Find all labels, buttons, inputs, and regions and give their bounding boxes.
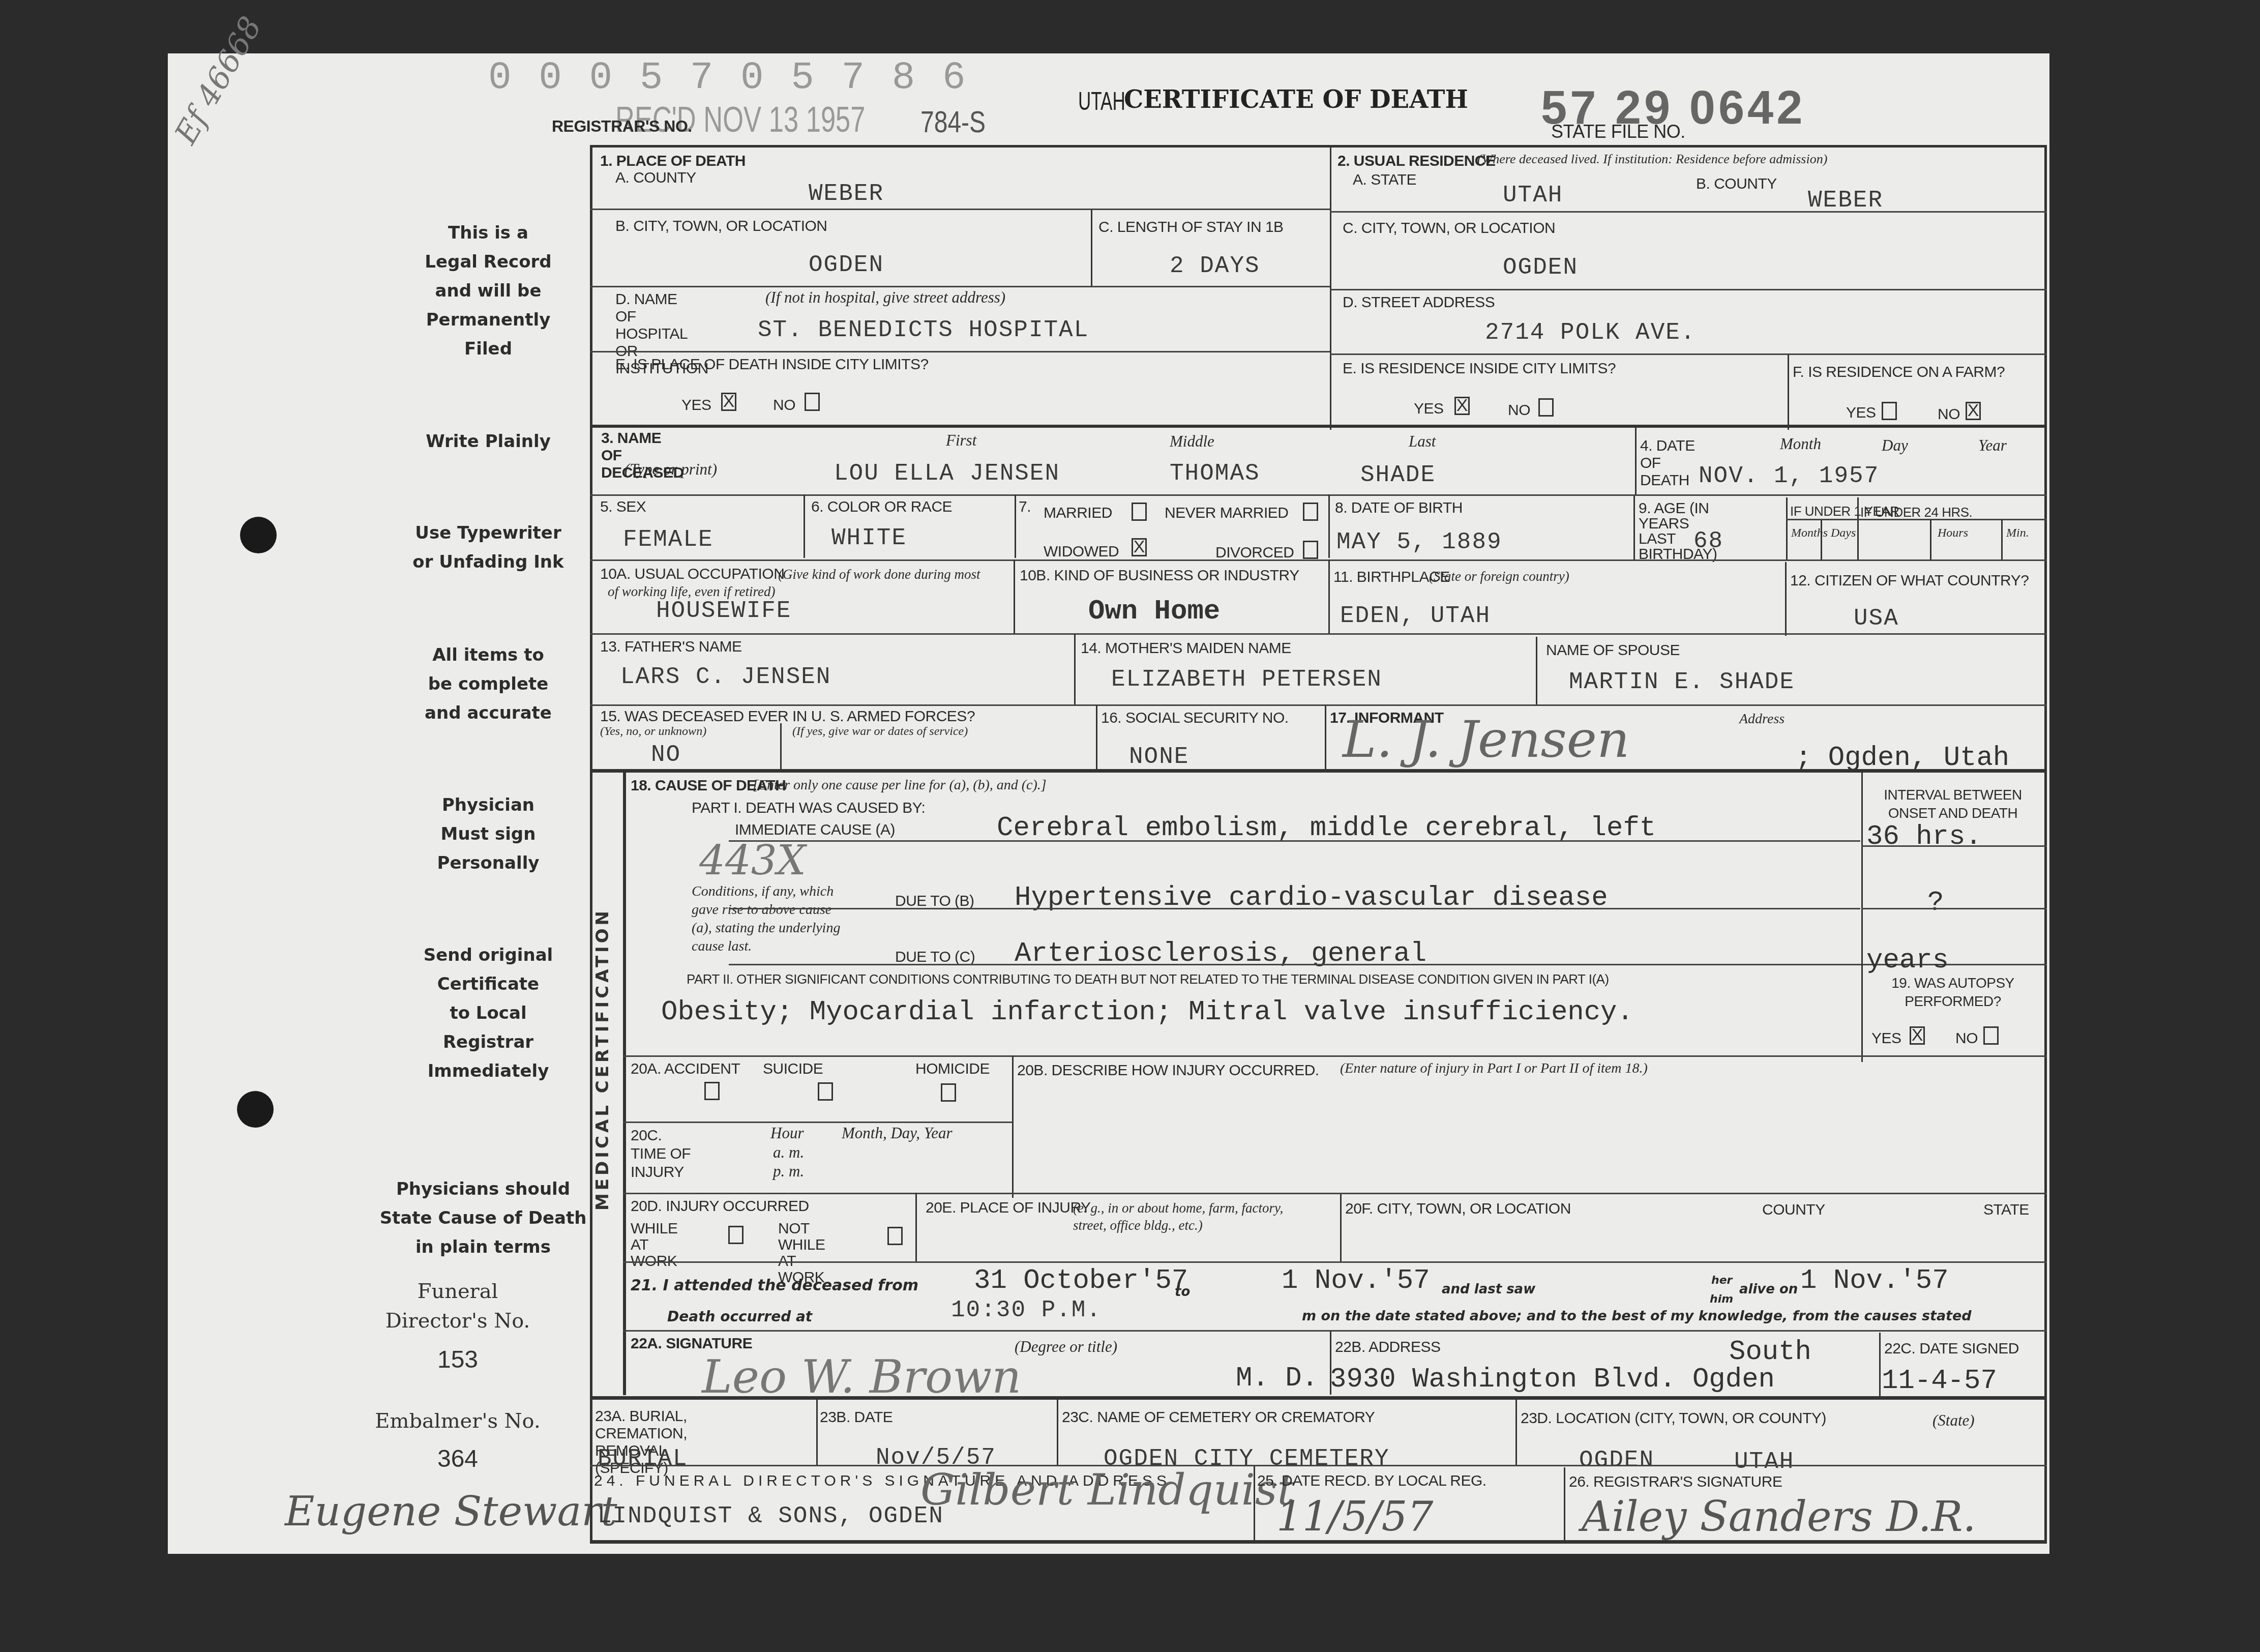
res-city[interactable]: OGDEN	[1503, 254, 1578, 281]
registrar-no: 784-S	[920, 104, 986, 139]
alive-on-label: alive on	[1739, 1282, 1798, 1297]
widowed-label: WIDOWED	[1044, 543, 1119, 560]
date-of-birth[interactable]: MAY 5, 1889	[1336, 529, 1502, 555]
mother[interactable]: ELIZABETH PETERSEN	[1111, 666, 1382, 693]
interval-label: INTERVAL BETWEEN ONSET AND DEATH	[1866, 786, 2039, 822]
res-limits-no-checkbox[interactable]	[1538, 398, 1554, 417]
pod-limits-label: e. IS PLACE OF DEATH INSIDE CITY LIMITS?	[615, 356, 929, 373]
hour-label: Hour	[770, 1124, 804, 1142]
attended-label: 21. I attended the deceased from	[631, 1277, 918, 1294]
name-hint: (Type or print)	[625, 460, 717, 479]
conditions-hint: Conditions, if any, which gave rise to a…	[692, 882, 854, 956]
homicide-checkbox[interactable]	[941, 1083, 956, 1102]
part2-conditions[interactable]: Obesity; Myocardial infarction; Mitral v…	[661, 997, 1633, 1028]
degree-label: (Degree or title)	[1015, 1338, 1117, 1356]
dod-label: 4. DATE OF DEATH	[1640, 437, 1701, 489]
location-state[interactable]: UTAH	[1734, 1449, 1794, 1475]
immediate-cause[interactable]: Cerebral embolism, middle cerebral, left	[997, 813, 1656, 844]
farm-yes-checkbox[interactable]	[1882, 402, 1897, 420]
hours-label: Hours	[1938, 526, 1968, 540]
accident-label: 20a. ACCIDENT	[631, 1060, 740, 1078]
residence-label: 2. USUAL RESIDENCE	[1337, 153, 1496, 170]
suicide-label: SUICIDE	[763, 1060, 823, 1078]
sex[interactable]: FEMALE	[623, 526, 713, 553]
birthplace-hint: (State or foreign country)	[1429, 569, 1569, 584]
date-recd[interactable]: 11/5/57	[1276, 1493, 1433, 1540]
sex-label: 5. SEX	[600, 498, 646, 516]
autopsy-yes-checkbox[interactable]: X	[1910, 1026, 1925, 1045]
hospital-hint: (If not in hospital, give street address…	[765, 288, 1005, 307]
her-label: her	[1711, 1274, 1732, 1287]
pod-county-label: a. COUNTY	[615, 169, 696, 187]
never-married-checkbox[interactable]	[1303, 503, 1318, 521]
mother-label: 14. MOTHER'S MAIDEN NAME	[1081, 640, 1291, 657]
res-county-label: b. COUNTY	[1696, 175, 1777, 193]
injury-occurred-label: 20d. INJURY OCCURRED	[631, 1198, 809, 1215]
last-label: Last	[1409, 432, 1436, 451]
year-label: Year	[1978, 436, 2007, 455]
due-to-b-label: DUE TO (b)	[895, 893, 974, 910]
autopsy-yes-label: YES	[1871, 1030, 1901, 1047]
farm-no-checkbox[interactable]: X	[1966, 402, 1981, 420]
res-state[interactable]: UTAH	[1503, 182, 1563, 209]
spouse-label: NAME OF SPOUSE	[1546, 642, 1680, 659]
injury-city-label: 20f. CITY, TOWN, OR LOCATION	[1345, 1200, 1571, 1218]
res-street[interactable]: 2714 POLK AVE.	[1485, 319, 1696, 346]
citizen-label: 12. CITIZEN OF WHAT COUNTRY?	[1790, 572, 2029, 589]
pod-limits-yes-checkbox[interactable]: X	[721, 393, 736, 411]
pod-city-label: b. CITY, TOWN, OR LOCATION	[615, 218, 827, 235]
informant-address-label: Address	[1739, 711, 1785, 727]
funeral-director-signature: Gilbert Lindquist	[920, 1465, 1295, 1515]
ssn[interactable]: NONE	[1129, 744, 1189, 770]
funeral-director-label: Funeral Director's No.	[315, 1277, 600, 1336]
embalmer-label: Embalmer's No.	[315, 1406, 600, 1436]
place-of-injury-label: 20e. PLACE OF INJURY	[926, 1199, 1091, 1217]
time-of-injury-label: 20c. TIME OF INJURY	[631, 1127, 692, 1182]
date-recd-label: 25. DATE RECD. BY LOCAL REG.	[1257, 1472, 1486, 1490]
spouse[interactable]: MARTIN E. SHADE	[1569, 669, 1795, 695]
location-state-label: (State)	[1932, 1411, 1975, 1430]
first-label: First	[946, 431, 976, 450]
interval-b[interactable]: ?	[1927, 888, 1944, 919]
am-label: a. m.	[773, 1143, 804, 1162]
pm-label: p. m.	[773, 1162, 804, 1181]
embalmer-no: 364	[315, 1444, 600, 1474]
autopsy-label: 19. WAS AUTOPSY PERFORMED?	[1866, 974, 2039, 1011]
part2-label: PART II. OTHER SIGNIFICANT CONDITIONS CO…	[687, 971, 1609, 987]
mdy-label: Month, Day, Year	[842, 1124, 953, 1142]
res-state-label: a. STATE	[1353, 171, 1416, 189]
occurred-suffix: m on the date stated above; and to the b…	[1302, 1308, 1972, 1324]
farm-no-label: NO	[1938, 406, 1960, 423]
industry[interactable]: Own Home	[1088, 596, 1220, 627]
pod-limits-no-checkbox[interactable]	[805, 393, 820, 411]
ssn-label: 16. SOCIAL SECURITY NO.	[1101, 710, 1289, 727]
date-of-death[interactable]: NOV. 1, 1957	[1699, 463, 1879, 489]
res-city-label: c. CITY, TOWN, OR LOCATION	[1343, 220, 1555, 237]
under-24-hrs-label: IF UNDER 24 HRS.	[1860, 505, 1972, 520]
armed-hint-1: (Yes, no, or unknown)	[600, 725, 706, 739]
birthplace[interactable]: EDEN, UTAH	[1340, 603, 1491, 629]
never-married-label: NEVER MARRIED	[1165, 505, 1289, 522]
farm-label: f. IS RESIDENCE ON A FARM?	[1793, 364, 2005, 381]
pod-no-label: NO	[773, 397, 795, 414]
funeral-director[interactable]: LINDQUIST & SONS, OGDEN	[598, 1503, 944, 1529]
divorced-checkbox[interactable]	[1303, 541, 1318, 559]
residence-hint: (Where deceased lived. If institution: R…	[1477, 152, 1827, 167]
father[interactable]: LARS C. JENSEN	[620, 664, 831, 690]
res-limits-label: e. IS RESIDENCE INSIDE CITY LIMITS?	[1343, 360, 1616, 377]
part1-label: PART I. DEATH WAS CAUSED BY:	[692, 800, 925, 817]
sidebar-note-write: Write Plainly	[366, 427, 610, 456]
medical-certification-label: MEDICAL CERTIFICATION	[592, 908, 613, 1211]
stay[interactable]: 2 DAYS	[1170, 253, 1260, 279]
funeral-director-no: 153	[315, 1345, 600, 1375]
farm-yes-label: YES	[1846, 404, 1876, 422]
first-name[interactable]: LOU ELLA JENSEN	[834, 460, 1060, 487]
not-while-at-work-checkbox[interactable]	[887, 1227, 903, 1245]
signature-label: 22a. SIGNATURE	[631, 1335, 752, 1352]
state-file-no: 57 29 0642	[1541, 81, 1805, 135]
burial-date-label: 23b. DATE	[820, 1409, 893, 1426]
armed-forces[interactable]: NO	[651, 742, 681, 768]
dob-label: 8. DATE OF BIRTH	[1335, 499, 1463, 517]
date-signed[interactable]: 11-4-57	[1882, 1366, 1997, 1397]
physician-address[interactable]: 3930 Washington Blvd. Ogden	[1330, 1364, 1775, 1395]
stay-label: c. LENGTH OF STAY IN 1b	[1098, 219, 1284, 236]
last-name[interactable]: SHADE	[1360, 462, 1436, 488]
pod-county[interactable]: WEBER	[809, 181, 884, 207]
place-of-injury-hint: (e. g., in or about home, farm, factory,…	[1073, 1199, 1317, 1234]
not-while-at-work-label: NOT WHILE AT WORK	[778, 1221, 839, 1286]
sidebar-note-send: Send original Certificate to Local Regis…	[366, 941, 610, 1086]
location-city[interactable]: OGDEN	[1579, 1447, 1654, 1473]
describe-injury-label: 20b. DESCRIBE HOW INJURY OCCURRED.	[1017, 1062, 1319, 1079]
describe-injury-hint: (Enter nature of injury in Part I or Par…	[1340, 1060, 1648, 1077]
divorced-label: DIVORCED	[1215, 544, 1294, 562]
race-label: 6. COLOR OR RACE	[811, 498, 952, 516]
res-limits-yes-checkbox[interactable]: X	[1454, 397, 1470, 415]
injury-state-label: STATE	[1983, 1201, 2029, 1219]
married-checkbox[interactable]	[1132, 503, 1147, 521]
age[interactable]: 68	[1693, 528, 1723, 554]
physician-address-label: 22b. ADDRESS	[1335, 1339, 1440, 1356]
pod-yes-label: YES	[681, 397, 711, 414]
sidebar-note-legal: This is a Legal Record and will be Perma…	[366, 219, 610, 364]
marital-label: 7.	[1019, 498, 1031, 516]
injury-county-label: COUNTY	[1762, 1201, 1825, 1219]
armed-hint-2: (If yes, give war or dates of service)	[792, 725, 968, 739]
accident-checkbox[interactable]	[704, 1082, 720, 1100]
middle-name[interactable]: THOMAS	[1170, 460, 1260, 487]
res-county[interactable]: WEBER	[1808, 187, 1883, 214]
min-label: Min.	[2006, 526, 2029, 540]
res-street-label: d. STREET ADDRESS	[1343, 294, 1495, 311]
informant-signature: L. J. Jensen	[1343, 710, 1629, 769]
autopsy-no-label: NO	[1955, 1030, 1978, 1047]
day-label: Day	[1882, 436, 1908, 455]
cause-code: 443X	[699, 837, 806, 884]
homicide-label: HOMICIDE	[915, 1060, 990, 1078]
sidebar-note-complete: All items to be complete and accurate	[366, 641, 610, 728]
death-time[interactable]: 10:30 P.M.	[951, 1297, 1102, 1323]
cause-hint: [Enter only one cause per line for (a), …	[753, 777, 1047, 793]
sidebar-note-physician: Physician Must sign Personally	[366, 791, 610, 878]
occupation-hint: (Give kind of work done during most of w…	[608, 566, 994, 600]
middle-label: Middle	[1170, 432, 1214, 451]
while-at-work-checkbox[interactable]	[728, 1226, 744, 1244]
sidebar-note-typewriter: Use Typewriter or Unfading Ink	[366, 519, 610, 577]
place-of-death-label: 1. PLACE OF DEATH	[600, 153, 746, 170]
embalmer-signature: Eugene Stewart	[285, 1488, 617, 1535]
registrar-no-label: REGISTRAR'S NO.	[552, 117, 692, 136]
due-to-c-label: DUE TO (c)	[895, 949, 975, 966]
attended-to[interactable]: 1 Nov.'57	[1282, 1265, 1430, 1296]
days-label: Days	[1831, 526, 1856, 540]
armed-label: 15. WAS DECEASED EVER IN U. S. ARMED FOR…	[600, 708, 975, 725]
document-title: CERTIFICATE OF DEATH	[1124, 85, 1468, 114]
pod-city[interactable]: OGDEN	[809, 252, 884, 278]
attended-from[interactable]: 31 October'57	[974, 1265, 1188, 1296]
occurred-at-label: Death occurred at	[667, 1308, 812, 1325]
res-yes-label: YES	[1414, 400, 1444, 418]
last-saw-date[interactable]: 1 Nov.'57	[1800, 1265, 1949, 1296]
physician-degree[interactable]: M. D.	[1236, 1363, 1318, 1394]
registrar-signature: Ailey Sanders D.R.	[1582, 1493, 1976, 1541]
him-label: him	[1710, 1293, 1733, 1306]
date-signed-label: 22c. DATE SIGNED	[1884, 1340, 2019, 1358]
burial[interactable]: BURIAL	[598, 1445, 688, 1472]
registrar-sig-label: 26. REGISTRAR'S SIGNATURE	[1569, 1473, 1782, 1491]
title-prefix: UTAH	[1078, 86, 1125, 116]
stamp-number: 0 0 0 5 7 0 5 7 8 6	[488, 56, 968, 100]
industry-label: 10b. KIND OF BUSINESS OR INDUSTRY	[1020, 567, 1299, 584]
autopsy-no-checkbox[interactable]	[1983, 1026, 1999, 1045]
occupation[interactable]: HOUSEWIFE	[656, 598, 791, 624]
hospital[interactable]: ST. BENEDICTS HOSPITAL	[758, 317, 1089, 343]
married-label: MARRIED	[1044, 505, 1112, 522]
cemetery-label: 23c. NAME OF CEMETERY OR CREMATORY	[1062, 1409, 1375, 1426]
punch-hole-top	[240, 517, 277, 553]
race[interactable]: WHITE	[831, 525, 907, 551]
father-label: 13. FATHER'S NAME	[600, 638, 741, 656]
months-label: Months	[1791, 526, 1828, 540]
res-no-label: NO	[1508, 402, 1530, 419]
suicide-checkbox[interactable]	[818, 1082, 833, 1101]
physician-address-top: South	[1729, 1337, 1811, 1368]
location-label: 23d. LOCATION (City, town, or county)	[1521, 1410, 1826, 1427]
month-label: Month	[1780, 435, 1821, 453]
immediate-cause-label: IMMEDIATE CAUSE (a)	[735, 821, 895, 839]
widowed-checkbox[interactable]: X	[1132, 538, 1147, 556]
punch-hole-bottom	[237, 1091, 274, 1128]
interval-a[interactable]: 36 hrs.	[1866, 821, 1982, 852]
interval-c[interactable]: years	[1866, 945, 1949, 976]
citizen[interactable]: USA	[1854, 605, 1899, 632]
to-label: to	[1175, 1284, 1190, 1300]
last-saw-label: and last saw	[1442, 1282, 1535, 1297]
